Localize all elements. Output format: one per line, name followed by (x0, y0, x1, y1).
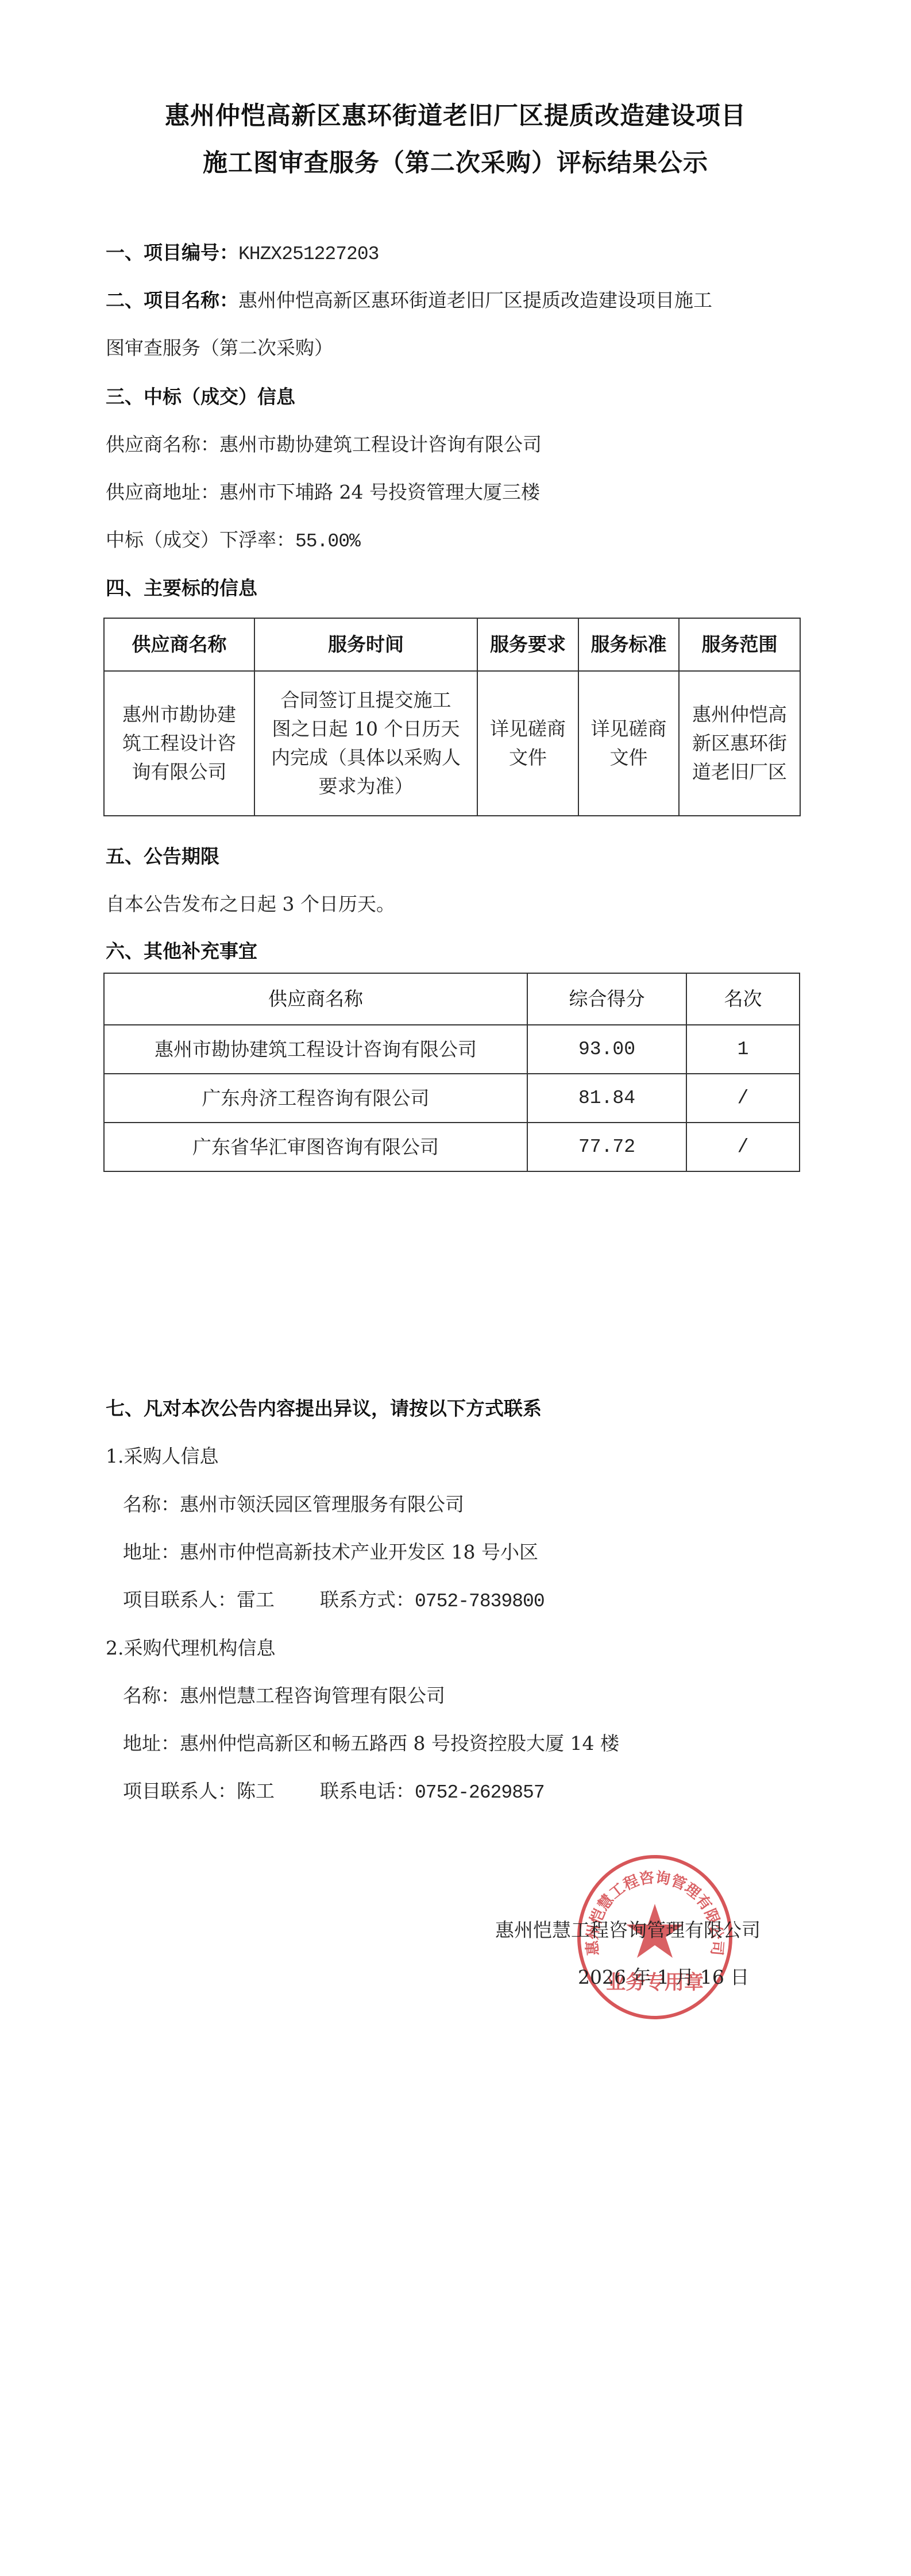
agency-address: 惠州仲恺高新区和畅五路西 8 号投资控股大厦 14 楼 (180, 1732, 619, 1754)
signature-company: 惠州恺慧工程咨询管理有限公司 (495, 1915, 761, 1942)
purchaser-name: 惠州市领沃园区管理服务有限公司 (180, 1493, 464, 1515)
agency-phone-row: 联系电话：0752-2629857 (320, 1779, 545, 1806)
purchaser-phone-row: 联系方式：0752-7839800 (320, 1587, 545, 1614)
agency-name-row: 名称：惠州恺慧工程咨询管理有限公司 (123, 1683, 445, 1709)
document-title-line2: 施工图审查服务（第二次采购）评标结果公示 (0, 144, 911, 179)
col-header-service-time: 服务时间 (254, 618, 477, 671)
col-header-supplier: 供应商名称 (104, 973, 527, 1025)
cell-supplier: 广东舟济工程咨询有限公司 (104, 1074, 527, 1123)
table-row: 惠州市勘协建筑工程设计咨询有限公司 93.00 1 (104, 1025, 800, 1074)
col-header-service-requirement: 服务要求 (477, 618, 578, 671)
supplier-address-label: 供应商地址： (106, 481, 219, 503)
agency-name: 惠州恺慧工程咨询管理有限公司 (180, 1684, 445, 1707)
scores-table: 供应商名称 综合得分 名次 惠州市勘协建筑工程设计咨询有限公司 93.00 1 … (103, 973, 800, 1172)
supplier-address: 惠州市下埔路 24 号投资管理大厦三楼 (219, 481, 540, 503)
table-header-row: 供应商名称 服务时间 服务要求 服务标准 服务范围 (104, 618, 800, 671)
discount-rate-label: 中标（成交）下浮率： (106, 529, 295, 551)
cell-service-standard: 详见磋商 文件 (578, 671, 679, 816)
notice-period-text: 自本公告发布之日起 3 个日历天。 (106, 892, 395, 917)
purchaser-contact: 雷工 (237, 1588, 275, 1611)
cell-score: 81.84 (527, 1074, 686, 1123)
purchaser-address: 惠州市仲恺高新技术产业开发区 18 号小区 (180, 1541, 538, 1563)
agency-contact-row: 项目联系人：陈工 (123, 1779, 275, 1804)
document-title-line1: 惠州仲恺高新区惠环街道老旧厂区提质改造建设项目 (0, 97, 911, 132)
section-heading: 二、项目名称： (106, 289, 238, 311)
cell-supplier: 惠州市勘协建筑工程设计咨询有限公司 (104, 1025, 527, 1074)
signature-date: 2026 年 1 月 16 日 (578, 1962, 749, 1989)
cell-score: 93.00 (527, 1025, 686, 1074)
col-header-rank: 名次 (686, 973, 800, 1025)
main-items-table: 供应商名称 服务时间 服务要求 服务标准 服务范围 惠州市勘协建 筑工程设计咨 … (103, 618, 801, 816)
supplier-address-row: 供应商地址：惠州市下埔路 24 号投资管理大厦三楼 (106, 480, 540, 505)
col-header-service-standard: 服务标准 (578, 618, 679, 671)
project-name-line1: 惠州仲恺高新区惠环街道老旧厂区提质改造建设项目施工 (238, 289, 712, 311)
table-row: 广东省华汇审图咨询有限公司 77.72 / (104, 1123, 800, 1171)
agency-phone: 0752-2629857 (415, 1782, 545, 1803)
supplier-name-label: 供应商名称： (106, 433, 219, 456)
purchaser-contact-row: 项目联系人：雷工 (123, 1587, 275, 1613)
purchaser-info-heading: 1.采购人信息 (106, 1444, 219, 1469)
cell-supplier: 广东省华汇审图咨询有限公司 (104, 1123, 527, 1171)
section-heading-main-items: 四、主要标的信息 (106, 576, 257, 601)
cell-score: 77.72 (527, 1123, 686, 1171)
purchaser-phone: 0752-7839800 (415, 1591, 545, 1612)
project-name-line2: 图审查服务（第二次采购） (106, 336, 333, 361)
discount-rate: 55.00% (295, 531, 360, 552)
cell-service-time: 合同签订且提交施工 图之日起 10 个日历天 内完成（具体以采购人 要求为准） (254, 671, 477, 816)
section-heading: 一、项目编号： (106, 241, 238, 264)
cell-rank: / (686, 1074, 800, 1123)
table-row: 广东舟济工程咨询有限公司 81.84 / (104, 1074, 800, 1123)
section-project-number: 一、项目编号：KHZX251227203 (106, 240, 379, 267)
cell-supplier: 惠州市勘协建 筑工程设计咨 询有限公司 (104, 671, 254, 816)
project-number: KHZX251227203 (238, 244, 379, 265)
cell-service-scope: 惠州仲恺高 新区惠环街 道老旧厂区 (679, 671, 800, 816)
section-heading-other-matters: 六、其他补充事宜 (106, 939, 257, 964)
agency-contact: 陈工 (237, 1780, 275, 1802)
col-header-score: 综合得分 (527, 973, 686, 1025)
cell-rank: / (686, 1123, 800, 1171)
discount-rate-row: 中标（成交）下浮率：55.00% (106, 527, 360, 554)
col-header-supplier: 供应商名称 (104, 618, 254, 671)
table-header-row: 供应商名称 综合得分 名次 (104, 973, 800, 1025)
col-header-service-scope: 服务范围 (679, 618, 800, 671)
announcement-page: 惠州仲恺高新区惠环街道老旧厂区提质改造建设项目 施工图审查服务（第二次采购）评标… (0, 0, 911, 2576)
purchaser-address-row: 地址：惠州市仲恺高新技术产业开发区 18 号小区 (123, 1540, 538, 1565)
cell-rank: 1 (686, 1025, 800, 1074)
supplier-name-row: 供应商名称：惠州市勘协建筑工程设计咨询有限公司 (106, 432, 542, 457)
section-heading-award-info: 三、中标（成交）信息 (106, 384, 295, 410)
agency-info-heading: 2.采购代理机构信息 (106, 1636, 276, 1661)
table-row: 惠州市勘协建 筑工程设计咨 询有限公司 合同签订且提交施工 图之日起 10 个日… (104, 671, 800, 816)
cell-service-requirement: 详见磋商 文件 (477, 671, 578, 816)
supplier-name: 惠州市勘协建筑工程设计咨询有限公司 (219, 433, 542, 456)
section-heading-objection-contact: 七、凡对本次公告内容提出异议，请按以下方式联系 (106, 1396, 542, 1421)
section-heading-notice-period: 五、公告期限 (106, 844, 219, 869)
purchaser-name-row: 名称：惠州市领沃园区管理服务有限公司 (123, 1492, 464, 1517)
agency-address-row: 地址：惠州仲恺高新区和畅五路西 8 号投资控股大厦 14 楼 (123, 1731, 619, 1756)
section-project-name: 二、项目名称：惠州仲恺高新区惠环街道老旧厂区提质改造建设项目施工 (106, 288, 712, 313)
